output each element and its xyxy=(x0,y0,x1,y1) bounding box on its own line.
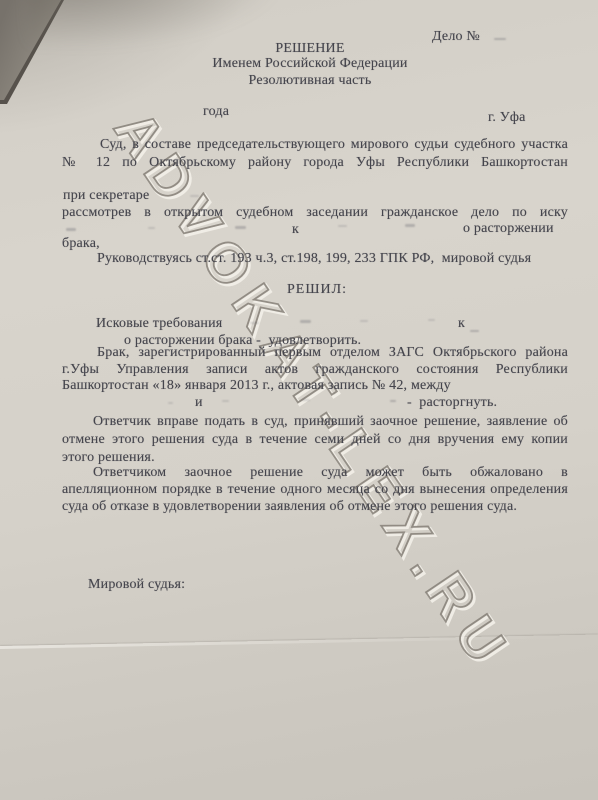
marriage-paragraph: Брак, зарегистрированный первым отделом … xyxy=(62,345,568,395)
erased-text-smudge xyxy=(360,320,368,322)
and-word: и xyxy=(195,394,203,411)
court-line-1: Суд, в составе председательствующего мир… xyxy=(62,136,568,154)
photographed-court-decision: ADVOKAT-LEX.RU ADVOKAT-LEX.RU Дело № РЕШ… xyxy=(0,0,598,800)
marriage-line-3: Башкортостан «18» января 2013 г., актова… xyxy=(62,378,568,395)
year-word: года xyxy=(203,103,229,120)
resolutive-part-label: Резолютивная часть xyxy=(50,72,570,89)
erased-text-smudge xyxy=(190,195,199,197)
hearing-line: рассмотрев в открытом судебном заседании… xyxy=(62,205,568,221)
court-line-2: № 12 по Октябрьскому району города Уфы Р… xyxy=(62,154,568,172)
erased-text-smudge xyxy=(470,330,479,332)
marriage-line-1: Брак, зарегистрированный первым отделом … xyxy=(62,345,568,362)
ruling-basis-line: Руководствуясь ст.ст. 193 ч.3, ст.198, 1… xyxy=(97,250,531,267)
defendant2-line-2: апелляционном порядке в течение одного м… xyxy=(62,481,568,498)
defendant1-line-2: отмене этого решения суда в течение семи… xyxy=(62,431,568,449)
erased-text-smudge xyxy=(428,319,435,321)
paper-fold-crease xyxy=(0,635,598,649)
erased-text-smudge xyxy=(494,38,506,40)
marriage-line-2: г.Уфы Управления записи актов гражданско… xyxy=(62,362,568,379)
defendant-rights-paragraph-1: Ответчик вправе подать в суд, принявший … xyxy=(62,413,568,467)
claims-line: Исковые требования xyxy=(96,315,222,332)
erased-text-smudge xyxy=(302,399,310,401)
decided-heading: РЕШИЛ: xyxy=(287,281,347,298)
erased-text-smudge xyxy=(168,402,173,404)
erased-text-smudge xyxy=(222,400,229,402)
erased-text-smudge xyxy=(66,228,76,231)
judge-signature-label: Мировой судья: xyxy=(88,576,185,593)
erased-text-smudge xyxy=(235,226,246,229)
document-subtitle: Именем Российской Федерации xyxy=(50,55,570,72)
city-label: г. Уфа xyxy=(488,109,526,126)
divorce-clause: о расторжении xyxy=(463,220,554,237)
parties-separator-k: к xyxy=(292,221,299,238)
court-composition-paragraph: Суд, в составе председательствующего мир… xyxy=(62,136,568,172)
defendant2-line-3: суда об отказе в удовлетворении заявлени… xyxy=(62,498,568,515)
dissolve-verdict: - расторгнуть. xyxy=(407,394,497,411)
claims-separator-k: к xyxy=(458,315,465,332)
hearing-paragraph: рассмотрев в открытом судебном заседании… xyxy=(62,205,568,221)
defendant1-line-1: Ответчик вправе подать в суд, принявший … xyxy=(62,413,568,431)
marriage-word: брака, xyxy=(62,235,100,252)
erased-text-smudge xyxy=(390,400,396,402)
defendant2-line-1: Ответчиком заочное решение суда может бы… xyxy=(62,464,568,481)
erased-text-smudge xyxy=(405,224,415,227)
erased-text-smudge xyxy=(250,322,259,324)
secretary-line: при секретаре xyxy=(63,187,149,204)
defendant-rights-paragraph-2: Ответчиком заочное решение суда может бы… xyxy=(62,464,568,515)
erased-text-smudge xyxy=(338,225,347,227)
erased-text-smudge xyxy=(148,227,155,229)
erased-text-smudge xyxy=(300,320,311,323)
